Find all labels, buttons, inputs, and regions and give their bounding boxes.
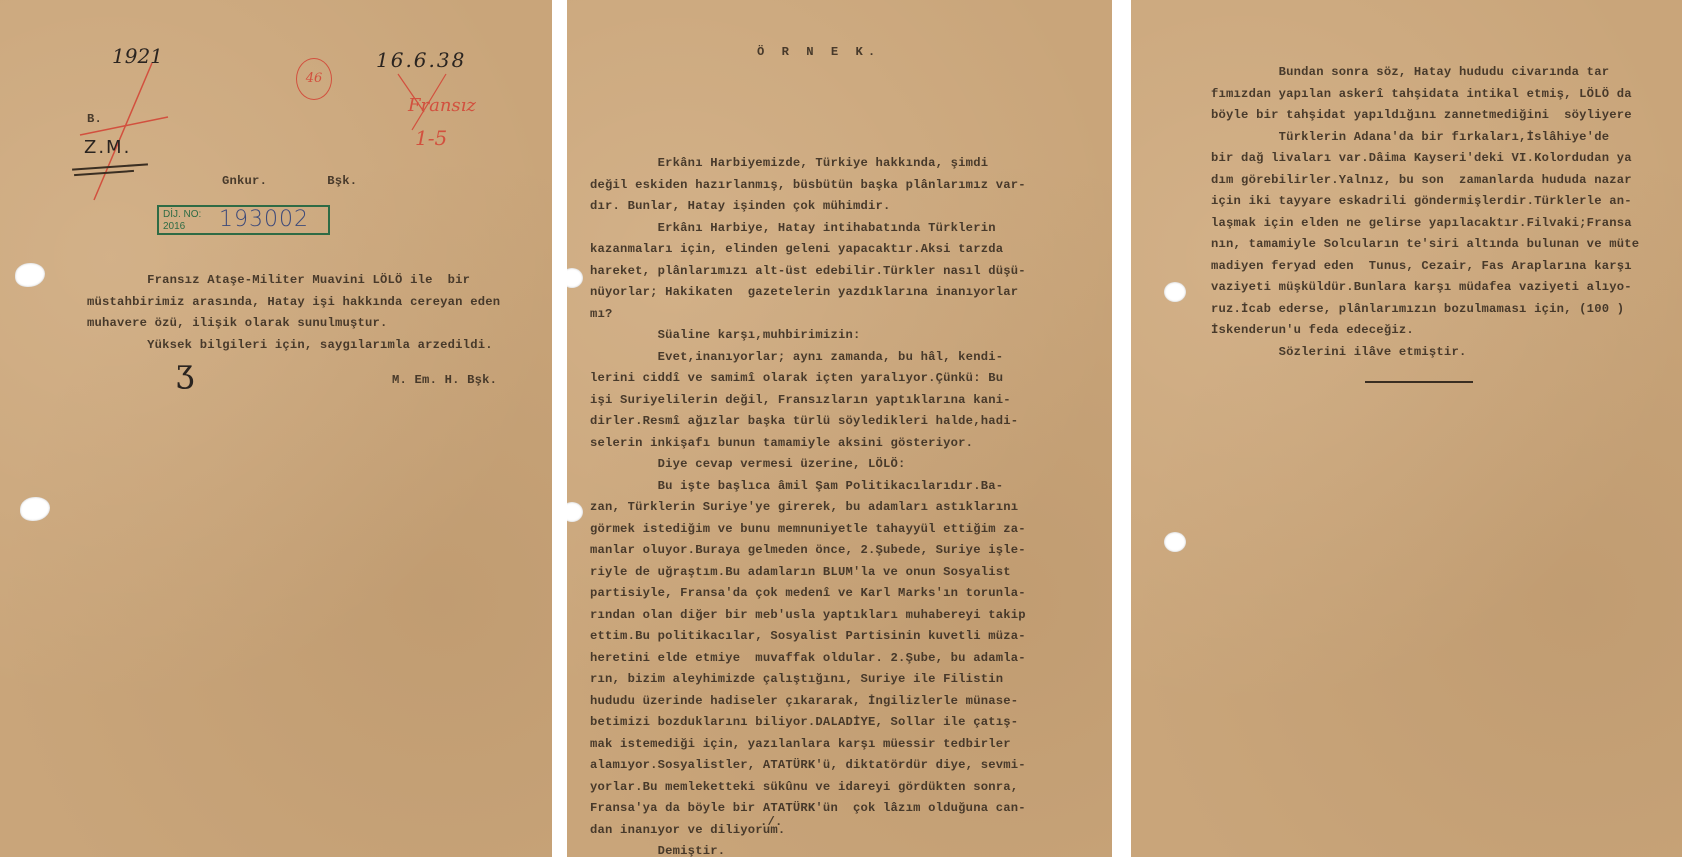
body-line: değil eskiden hazırlanmış, büsbütün başk… bbox=[590, 175, 1026, 197]
body-line: rından olan diğer bir meb'usla yaptıklar… bbox=[590, 605, 1026, 627]
addressee: Gnkur. Bşk. bbox=[222, 171, 357, 193]
stamp-label: DİJ. NO: bbox=[163, 209, 201, 220]
body-line: nüyorlar; Hakikaten gazetelerin yazdıkla… bbox=[590, 282, 1026, 304]
body-line: partisiyle, Fransa'da çok medenî ve Karl… bbox=[590, 583, 1026, 605]
body-line: Türklerin Adana'da bir fırkaları,İslâhiy… bbox=[1211, 127, 1639, 149]
body-line: Bundan sonra söz, Hatay hududu civarında… bbox=[1211, 62, 1639, 84]
body-line: Diye cevap vermesi üzerine, LÖLÖ: bbox=[590, 454, 1026, 476]
body-line: mak istemediği için, yazılanlara karşı m… bbox=[590, 734, 1026, 756]
body-line: Erkânı Harbiye, Hatay intihabatında Türk… bbox=[590, 218, 1026, 240]
body-line: lerini ciddî ve samimî olarak içten yara… bbox=[590, 368, 1026, 390]
body-line: Fransız Ataşe-Militer Muavini LÖLÖ ile b… bbox=[87, 270, 500, 292]
body-line: riyle de uğraştım.Bu adamların BLUM'la v… bbox=[590, 562, 1026, 584]
letter-body: Fransız Ataşe-Militer Muavini LÖLÖ ile b… bbox=[87, 270, 500, 356]
body-line: Evet,inanıyorlar; aynı zamanda, bu hâl, … bbox=[590, 347, 1026, 369]
transcript-body: Bundan sonra söz, Hatay hududu civarında… bbox=[1211, 62, 1639, 363]
punch-hole bbox=[1164, 532, 1186, 552]
body-line: Fransa'ya da böyle bir ATATÜRK'ün çok lâ… bbox=[590, 798, 1026, 820]
body-line: müstahbirimiz arasında, Hatay işi hakkın… bbox=[87, 292, 500, 314]
punch-hole bbox=[567, 268, 583, 288]
handwritten-red-note: Fransız bbox=[408, 95, 476, 116]
body-line: fımızdan yapılan askerî tahşidata intika… bbox=[1211, 84, 1639, 106]
body-line: dım görebilirler.Yalnız, bu son zamanlar… bbox=[1211, 170, 1639, 192]
body-line: hareket, plânlarımızı alt-üst edebilir.T… bbox=[590, 261, 1026, 283]
body-line: Sözlerini ilâve etmiştir. bbox=[1211, 342, 1639, 364]
body-line: İskenderun'u feda edeceğiz. bbox=[1211, 320, 1639, 342]
body-line: muhavere özü, ilişik olarak sunulmuştur. bbox=[87, 313, 500, 335]
body-line: görmek istediğim ve bunu memnuniyetle ta… bbox=[590, 519, 1026, 541]
handwritten-initials: Z.M. bbox=[84, 137, 131, 158]
handwritten-date: 16.6.38 bbox=[376, 48, 466, 72]
circled-page-number: 46 bbox=[296, 58, 332, 100]
body-line: yorlar.Bu memleketteki sükûnu ve idareyi… bbox=[590, 777, 1026, 799]
body-line: madiyen feryad eden Tunus, Cezair, Fas A… bbox=[1211, 256, 1639, 278]
addressee-prefix: B. bbox=[87, 109, 102, 131]
body-line: rın, bizim aleyhimizde çalıştığını, Suri… bbox=[590, 669, 1026, 691]
body-line: Yüksek bilgileri için, saygılarımla arze… bbox=[87, 335, 500, 357]
body-line: vaziyeti müşküldür.Bunlara karşı müdafea… bbox=[1211, 277, 1639, 299]
closing-rule bbox=[1365, 381, 1473, 383]
document-page-ornek-1: Ö R N E K. Erkânı Harbiyemizde, Türkiye … bbox=[567, 0, 1112, 857]
body-line: dirler.Resmî ağızlar başka türlü söyledi… bbox=[590, 411, 1026, 433]
stamp-number: 193002 bbox=[219, 207, 309, 233]
body-line: laşmak için elden ne gelirse yapılacaktı… bbox=[1211, 213, 1639, 235]
body-line: böyle bir tahşidat yapıldığını zannetmed… bbox=[1211, 105, 1639, 127]
body-line: Bu işte başlıca âmil Şam Politikacılarıd… bbox=[590, 476, 1026, 498]
punch-hole bbox=[567, 502, 583, 522]
body-line: selerin inkişafı bunun tamamiyle aksini … bbox=[590, 433, 1026, 455]
continuation-mark: ./. bbox=[760, 812, 783, 834]
body-line: işi Suriyelilerin değil, Fransızların ya… bbox=[590, 390, 1026, 412]
punch-hole bbox=[1164, 282, 1186, 302]
body-line: mı? bbox=[590, 304, 1026, 326]
body-line: Demiştir. bbox=[590, 841, 1026, 857]
punch-hole bbox=[15, 263, 45, 287]
body-line: dan inanıyor ve diliyorum. bbox=[590, 820, 1026, 842]
body-line: ruz.İcab ederse, plânlarımızın bozulmama… bbox=[1211, 299, 1639, 321]
body-line: heretini elde etmiye muvaffak oldular. 2… bbox=[590, 648, 1026, 670]
body-line: zan, Türklerin Suriye'ye girerek, bu ada… bbox=[590, 497, 1026, 519]
body-line: nın, tamamiyle Solcuların te'siri altınd… bbox=[1211, 234, 1639, 256]
body-line: manlar oluyor.Buraya gelmeden önce, 2.Şu… bbox=[590, 540, 1026, 562]
punch-hole bbox=[20, 497, 50, 521]
digital-archive-stamp: DİJ. NO: 2016 193002 bbox=[157, 205, 330, 235]
document-page-ornek-2: Bundan sonra söz, Hatay hududu civarında… bbox=[1131, 0, 1682, 857]
body-line: alamıyor.Sosyalistler, ATATÜRK'ü, diktat… bbox=[590, 755, 1026, 777]
transcript-body: Erkânı Harbiyemizde, Türkiye hakkında, ş… bbox=[590, 153, 1026, 857]
body-line: betimizi bozduklarını biliyor.DALADİYE, … bbox=[590, 712, 1026, 734]
document-page-cover-letter: 1921 46 16.6.38 Fransız 1-5 B. Z.M. Gnku… bbox=[0, 0, 552, 857]
body-line: dır. Bunlar, Hatay işinden çok mühimdir. bbox=[590, 196, 1026, 218]
body-line: için iki tayyare eskadrili göndermişlerd… bbox=[1211, 191, 1639, 213]
body-line: bir dağ livaları var.Dâima Kayseri'deki … bbox=[1211, 148, 1639, 170]
handwritten-red-range: 1-5 bbox=[415, 126, 447, 150]
body-line: kazanmaları için, elinden geleni yapacak… bbox=[590, 239, 1026, 261]
body-line: ettim.Bu politikacılar, Sosyalist Partis… bbox=[590, 626, 1026, 648]
body-line: Süaline karşı,muhbirimizin: bbox=[590, 325, 1026, 347]
signature-line: M. Em. H. Bşk. bbox=[392, 370, 497, 392]
stamp-year: 2016 bbox=[163, 221, 185, 232]
body-line: hududu üzerinde hadiseler çıkararak, İng… bbox=[590, 691, 1026, 713]
handwritten-paraph-mark: ʒ bbox=[176, 352, 194, 390]
page-title: Ö R N E K. bbox=[757, 42, 880, 64]
body-line: Erkânı Harbiyemizde, Türkiye hakkında, ş… bbox=[590, 153, 1026, 175]
